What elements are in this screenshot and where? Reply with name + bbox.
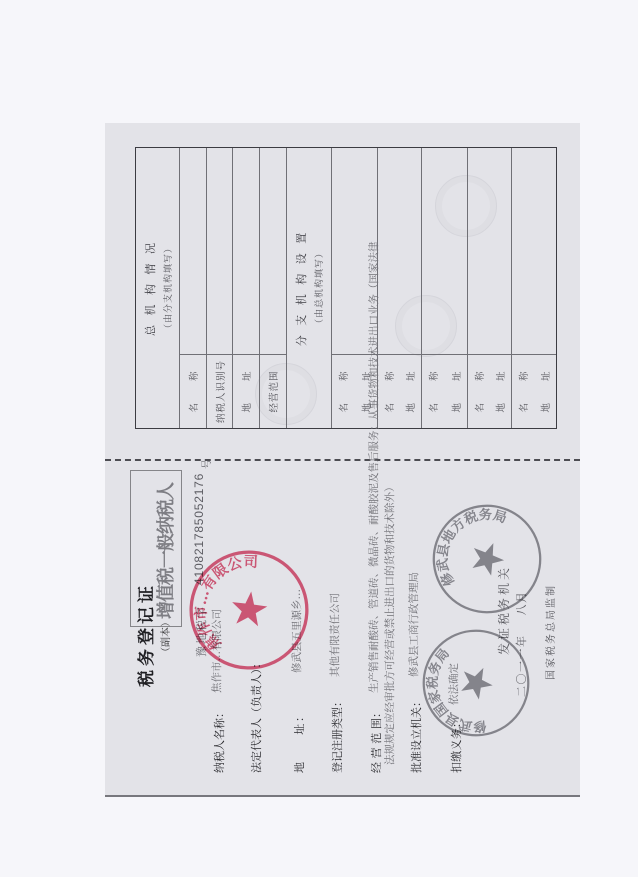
field-taxpayer-name: 纳税人名称： (208, 711, 227, 773)
branch-address-label: 地 址 (538, 371, 552, 413)
star-icon (225, 586, 270, 632)
field-label: 纳税人名称： (211, 711, 227, 773)
branches-note: （由总机构填写） (312, 248, 325, 328)
field-value-business-scope-line2: 法规规定应经审批方可经营或禁止进出口的货物和技术除外） (382, 482, 397, 766)
branch-row-value (422, 148, 468, 354)
star-icon (454, 663, 496, 705)
branch-name-label: 名 称 (472, 371, 486, 413)
taxpayer-type-stamp-box: 增值税一般纳税人 (130, 470, 182, 627)
field-registration-type: 登记注册类型： (326, 711, 345, 773)
page-edge-shadow (105, 795, 580, 797)
branch-address-label: 地 址 (449, 371, 463, 413)
taxpayer-type-stamp-text: 增值税一般纳税人 (152, 483, 178, 619)
head-office-value-address (233, 148, 260, 354)
field-address: 地 址： (288, 711, 307, 773)
head-office-label-address: 地 址 (233, 354, 260, 428)
field-value-registration-type: 其他有限责任公司 (327, 593, 342, 677)
head-office-label-scope: 经营范围 (260, 354, 287, 428)
fold-line (105, 459, 580, 461)
branch-name-label: 名 称 (382, 371, 396, 413)
head-office-label-name: 名 称 (180, 354, 207, 428)
branch-row-label: 名 称 地 址 (422, 354, 468, 428)
branch-row-label: 名 称 地 址 (378, 354, 422, 428)
branch-row-label: 名 称 地 址 (512, 354, 556, 428)
field-legal-representative: 法定代表人（负责人）： (245, 669, 264, 773)
branch-address-label: 地 址 (403, 371, 417, 413)
head-office-value-taxpayer-id (207, 148, 233, 354)
head-office-title: 总 机 构 情 况 (142, 240, 158, 336)
field-approving-authority: 批准设立机关： (405, 710, 424, 773)
head-office-value-scope (260, 148, 287, 354)
head-office-note: （由分支机构填写） (161, 243, 174, 333)
branch-row-label: 名 称 地 址 (468, 354, 512, 428)
branch-name-label: 名 称 (336, 371, 350, 413)
branch-address-label: 地 址 (493, 371, 507, 413)
field-value-business-scope-line1: 生产销售耐酸砖、管道砖、微晶砖、耐酸胶泥及售后服务；从事货物和技术进出口业务（国… (366, 242, 381, 694)
head-office-header: 总 机 构 情 况 （由分支机构填写） (136, 148, 180, 428)
field-label: 批准设立机关： (408, 710, 424, 773)
branch-info-table: 总 机 构 情 况 （由分支机构填写） 名 称 纳税人识别号 地 址 经营范围 … (136, 148, 556, 428)
branch-row-value (468, 148, 512, 354)
branch-row-value (512, 148, 556, 354)
supervised-by: 国家税务总局监制 (542, 584, 557, 680)
branch-name-label: 名 称 (516, 371, 530, 413)
branches-header: 分 支 机 构 设 置 （由总机构填写） (287, 148, 332, 428)
branches-title: 分 支 机 构 设 置 (293, 230, 309, 346)
branch-name-label: 名 称 (426, 371, 440, 413)
field-label: 地 址： (291, 711, 307, 773)
star-icon (463, 536, 508, 581)
head-office-label-taxpayer-id: 纳税人识别号 (207, 354, 233, 428)
head-office-value-name (180, 148, 207, 354)
field-label: 登记注册类型： (329, 711, 345, 773)
branch-row-value (378, 148, 422, 354)
